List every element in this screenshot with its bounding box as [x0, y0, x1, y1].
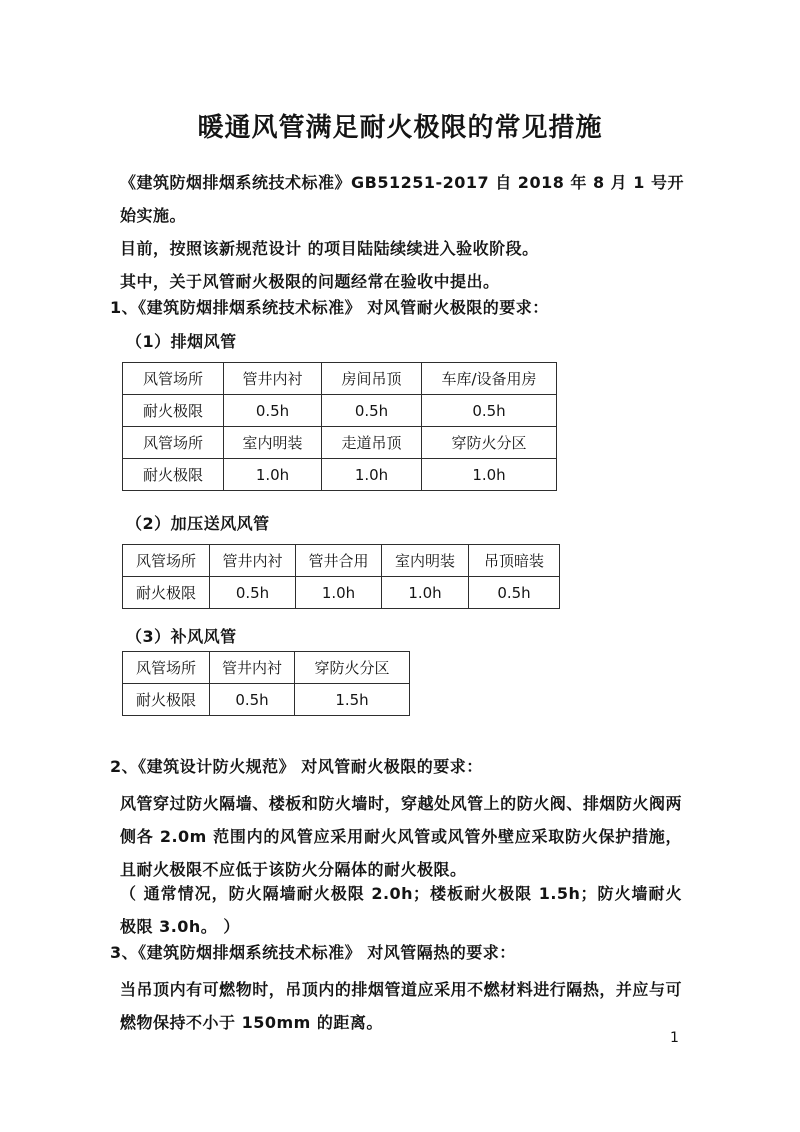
section-1-heading: 1、《建筑防烟排烟系统技术标准》 对风管耐火极限的要求： — [110, 295, 690, 318]
table-cell: 走道吊顶 — [322, 427, 422, 459]
table-cell: 0.5h — [469, 577, 560, 609]
table-cell: 管井内衬 — [210, 652, 295, 684]
intro-line-3: 其中，关于风管耐火极限的问题经常在验收中提出。 — [120, 265, 686, 298]
table-row: 风管场所 管井内衬 管井合用 室内明装 吊顶暗装 — [123, 545, 560, 577]
table-cell: 吊顶暗装 — [469, 545, 560, 577]
table-cell: 风管场所 — [123, 363, 224, 395]
table-cell: 管井合用 — [296, 545, 382, 577]
document-page: 暖通风管满足耐火极限的常见措施 《建筑防烟排烟系统技术标准》GB51251-20… — [0, 0, 800, 1132]
table-row: 耐火极限 0.5h 1.5h — [123, 684, 410, 716]
page-title: 暖通风管满足耐火极限的常见措施 — [0, 107, 800, 144]
table-cell: 0.5h — [210, 684, 295, 716]
table-cell: 0.5h — [224, 395, 322, 427]
table-cell: 耐火极限 — [123, 395, 224, 427]
table-cell: 房间吊顶 — [322, 363, 422, 395]
page-number: 1 — [670, 1030, 679, 1046]
table-cell: 1.0h — [224, 459, 322, 491]
section-1-sub-1-heading: （1）排烟风管 — [126, 329, 546, 352]
section-3-body: 当吊顶内有可燃物时，吊顶内的排烟管道应采用不燃材料进行隔热，并应与可燃物保持不小… — [120, 973, 682, 1039]
table-cell: 风管场所 — [123, 545, 210, 577]
pressurized-air-duct-table: 风管场所 管井内衬 管井合用 室内明装 吊顶暗装 耐火极限 0.5h 1.0h … — [122, 544, 560, 609]
table-cell: 1.0h — [382, 577, 469, 609]
table-cell: 室内明装 — [224, 427, 322, 459]
table-row: 耐火极限 0.5h 0.5h 0.5h — [123, 395, 557, 427]
section-2-note: （ 通常情况，防火隔墙耐火极限 2.0h；楼板耐火极限 1.5h；防火墙耐火极限… — [120, 877, 682, 943]
table-cell: 穿防火分区 — [295, 652, 410, 684]
section-1-sub-3-heading: （3）补风风管 — [126, 624, 546, 647]
section-2-body: 风管穿过防火隔墙、楼板和防火墙时，穿越处风管上的防火阀、排烟防火阀两侧各 2.0… — [120, 787, 682, 886]
intro-paragraphs: 《建筑防烟排烟系统技术标准》GB51251-2017 自 2018 年 8 月 … — [120, 166, 686, 298]
table-cell: 车库/设备用房 — [422, 363, 557, 395]
intro-line-2: 目前，按照该新规范设计 的项目陆陆续续进入验收阶段。 — [120, 232, 686, 265]
intro-line-1: 《建筑防烟排烟系统技术标准》GB51251-2017 自 2018 年 8 月 … — [120, 166, 686, 232]
makeup-air-duct-table: 风管场所 管井内衬 穿防火分区 耐火极限 0.5h 1.5h — [122, 651, 410, 716]
section-2-heading: 2、《建筑设计防火规范》 对风管耐火极限的要求： — [110, 754, 690, 777]
table-cell: 0.5h — [422, 395, 557, 427]
table-cell: 1.0h — [296, 577, 382, 609]
table-cell: 风管场所 — [123, 427, 224, 459]
table-cell: 耐火极限 — [123, 459, 224, 491]
table-cell: 1.0h — [422, 459, 557, 491]
section-1-sub-2-heading: （2）加压送风风管 — [126, 511, 546, 534]
table-cell: 1.0h — [322, 459, 422, 491]
table-cell: 0.5h — [210, 577, 296, 609]
table-cell: 穿防火分区 — [422, 427, 557, 459]
table-row: 风管场所 管井内衬 穿防火分区 — [123, 652, 410, 684]
table-cell: 管井内衬 — [210, 545, 296, 577]
table-cell: 1.5h — [295, 684, 410, 716]
table-cell: 室内明装 — [382, 545, 469, 577]
table-row: 耐火极限 0.5h 1.0h 1.0h 0.5h — [123, 577, 560, 609]
table-cell: 风管场所 — [123, 652, 210, 684]
table-row: 风管场所 室内明装 走道吊顶 穿防火分区 — [123, 427, 557, 459]
section-3-heading: 3、《建筑防烟排烟系统技术标准》 对风管隔热的要求： — [110, 940, 690, 963]
table-row: 耐火极限 1.0h 1.0h 1.0h — [123, 459, 557, 491]
table-row: 风管场所 管井内衬 房间吊顶 车库/设备用房 — [123, 363, 557, 395]
table-cell: 耐火极限 — [123, 684, 210, 716]
table-cell: 0.5h — [322, 395, 422, 427]
smoke-exhaust-duct-table: 风管场所 管井内衬 房间吊顶 车库/设备用房 耐火极限 0.5h 0.5h 0.… — [122, 362, 557, 491]
table-cell: 管井内衬 — [224, 363, 322, 395]
table-cell: 耐火极限 — [123, 577, 210, 609]
